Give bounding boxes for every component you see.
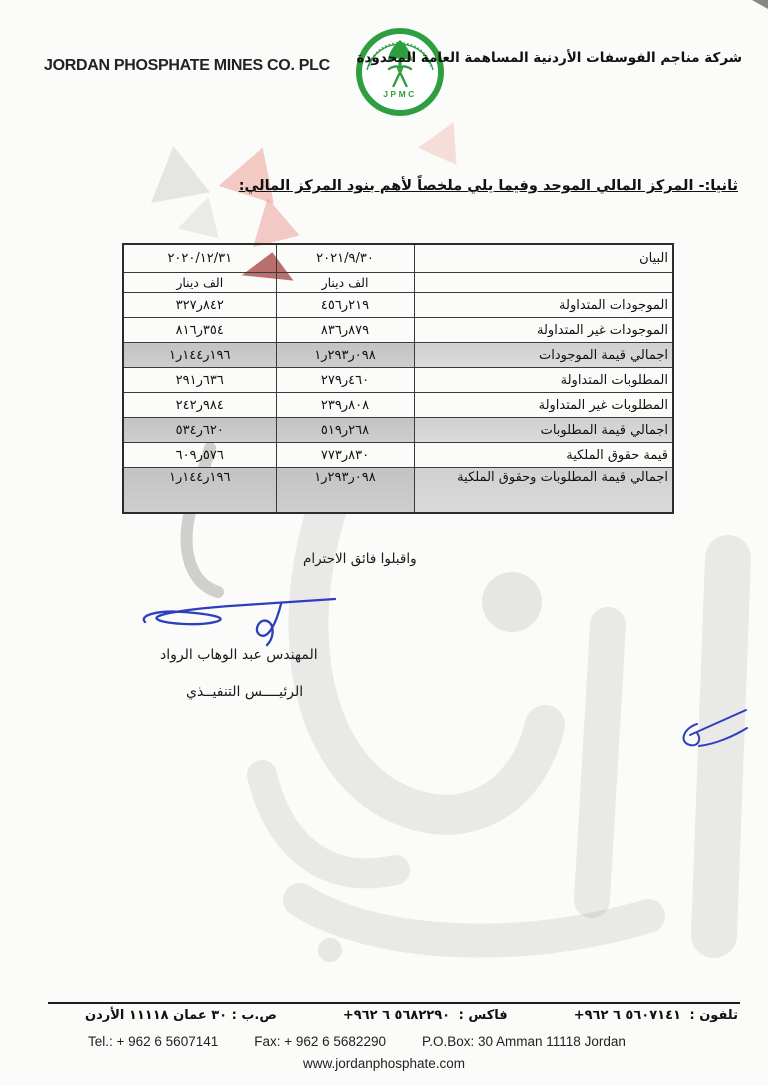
- row-label-cell: قيمة حقوق الملكية: [414, 443, 673, 468]
- table-row-total-assets: اجمالي قيمة الموجودات ١ر٢٩٣ر٠٩٨ ١ر١٤٤ر١٩…: [123, 343, 673, 368]
- section-title: ثانيا:- المركز المالي الموحد وفيما يلي م…: [239, 178, 738, 194]
- value-2020-cell: ٢٩١ر٦٣٦: [123, 368, 276, 393]
- footer-pobox-ar: ص.ب : ٣٠ عمان ١١١١٨ الأردن: [85, 1008, 277, 1023]
- footer-fax-ar: فاكس : +٩٦٢ ٦ ٥٦٨٢٢٩٠: [343, 1008, 508, 1023]
- fax-label-ar: فاكس :: [459, 1008, 508, 1023]
- table-row-current-assets: الموجودات المتداولة ٤٥٦ر٢١٩ ٣٢٧ر٨٤٢: [123, 293, 673, 318]
- table-units-row: الف دينار الف دينار: [123, 273, 673, 293]
- value-2020-cell: ٣٢٧ر٨٤٢: [123, 293, 276, 318]
- statement-header-cell: البيان: [414, 244, 673, 273]
- footer-tel-en: Tel.: + 962 6 5607141: [88, 1034, 218, 1049]
- footer-pobox-en: P.O.Box: 30 Amman 11118 Jordan: [422, 1034, 626, 1049]
- row-label-cell: اجمالي قيمة المطلوبات وحقوق الملكية: [414, 468, 673, 514]
- scanned-letter-page: JORDAN PHOSPHATE MINES CO. PLC JPMC شركة…: [0, 0, 768, 1086]
- footer-arabic: تلفون : +٩٦٢ ٦ ٥٦٠٧١٤١ فاكس : +٩٦٢ ٦ ٥٦٨…: [85, 1008, 738, 1023]
- date-2020-header-cell: ٢٠٢٠/١٢/٣١: [123, 244, 276, 273]
- content-layer: JORDAN PHOSPHATE MINES CO. PLC JPMC شركة…: [0, 0, 768, 1086]
- table-header-row: البيان ٢٠٢١/٩/٣٠ ٢٠٢٠/١٢/٣١: [123, 244, 673, 273]
- value-2021-cell: ٥١٩ر٢٦٨: [276, 418, 414, 443]
- value-2021-cell: ٧٧٣ر٨٣٠: [276, 443, 414, 468]
- value-2021-cell: ١ر٢٩٣ر٠٩٨: [276, 468, 414, 514]
- value-2021-cell: ٢٣٩ر٨٠٨: [276, 393, 414, 418]
- footer-english: Tel.: + 962 6 5607141 Fax: + 962 6 56822…: [88, 1034, 668, 1049]
- row-label-cell: المطلوبات غير المتداولة: [414, 393, 673, 418]
- row-label-cell: المطلوبات المتداولة: [414, 368, 673, 393]
- fax-number-ar: +٩٦٢ ٦ ٥٦٨٢٢٩٠: [343, 1008, 450, 1023]
- value-2020-cell: ٦٠٩ر٥٧٦: [123, 443, 276, 468]
- table-row-noncurrent-assets: الموجودات غير المتداولة ٨٣٦ر٨٧٩ ٨١٦ر٣٥٤: [123, 318, 673, 343]
- signer-title: الرئيــــس التنفيــذي: [186, 684, 303, 700]
- blue-initials-scribble: [666, 702, 754, 760]
- signer-name: المهندس عبد الوهاب الرواد: [160, 647, 318, 663]
- row-label-cell: اجمالي قيمة الموجودات: [414, 343, 673, 368]
- footer-phone-ar: تلفون : +٩٦٢ ٦ ٥٦٠٧١٤١: [574, 1008, 738, 1023]
- value-2021-cell: ٢٧٩ر٤٦٠: [276, 368, 414, 393]
- table-row-equity: قيمة حقوق الملكية ٧٧٣ر٨٣٠ ٦٠٩ر٥٧٦: [123, 443, 673, 468]
- ceo-signature: [135, 590, 350, 652]
- value-2021-cell: ٨٣٦ر٨٧٩: [276, 318, 414, 343]
- table-row-current-liabilities: المطلوبات المتداولة ٢٧٩ر٤٦٠ ٢٩١ر٦٣٦: [123, 368, 673, 393]
- row-label-cell: الموجودات غير المتداولة: [414, 318, 673, 343]
- value-2020-cell: ١ر١٤٤ر١٩٦: [123, 343, 276, 368]
- company-name-arabic: شركة مناجم الفوسفات الأردنية المساهمة ال…: [357, 50, 742, 66]
- table-row-total-liabilities-equity: اجمالي قيمة المطلوبات وحقوق الملكية ١ر٢٩…: [123, 468, 673, 514]
- value-2020-cell: ٨١٦ر٣٥٤: [123, 318, 276, 343]
- value-2021-cell: ٤٥٦ر٢١٩: [276, 293, 414, 318]
- value-2020-cell: ١ر١٤٤ر١٩٦: [123, 468, 276, 514]
- unit-cell: الف دينار: [276, 273, 414, 293]
- row-label-cell: اجمالي قيمة المطلوبات: [414, 418, 673, 443]
- table-row-noncurrent-liabilities: المطلوبات غير المتداولة ٢٣٩ر٨٠٨ ٢٤٢ر٩٨٤: [123, 393, 673, 418]
- table-row-total-liabilities: اجمالي قيمة المطلوبات ٥١٩ر٢٦٨ ٥٣٤ر٦٢٠: [123, 418, 673, 443]
- phone-number-ar: +٩٦٢ ٦ ٥٦٠٧١٤١: [574, 1008, 681, 1023]
- phone-label-ar: تلفون :: [689, 1008, 738, 1023]
- company-name-english: JORDAN PHOSPHATE MINES CO. PLC: [44, 57, 344, 75]
- row-label-cell: الموجودات المتداولة: [414, 293, 673, 318]
- value-2020-cell: ٢٤٢ر٩٨٤: [123, 393, 276, 418]
- unit-cell: الف دينار: [123, 273, 276, 293]
- value-2021-cell: ١ر٢٩٣ر٠٩٨: [276, 343, 414, 368]
- website-url: www.jordanphosphate.com: [0, 1056, 768, 1071]
- empty-cell: [414, 273, 673, 293]
- logo-jpmc-text: JPMC: [383, 89, 417, 99]
- footer-divider: [48, 1002, 740, 1004]
- date-2021-header-cell: ٢٠٢١/٩/٣٠: [276, 244, 414, 273]
- value-2020-cell: ٥٣٤ر٦٢٠: [123, 418, 276, 443]
- company-logo: JPMC: [355, 24, 445, 119]
- footer-fax-en: Fax: + 962 6 5682290: [254, 1034, 386, 1049]
- financial-position-table: البيان ٢٠٢١/٩/٣٠ ٢٠٢٠/١٢/٣١ الف دينار ال…: [122, 243, 674, 514]
- closing-phrase: واقبلوا فائق الاحترام: [303, 551, 417, 567]
